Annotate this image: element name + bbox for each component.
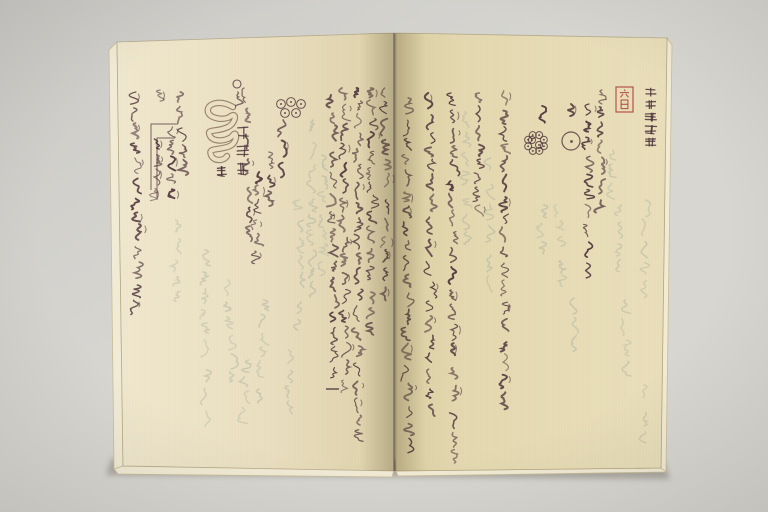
book-spread [0, 0, 768, 512]
photo-vignette [0, 0, 768, 512]
manuscript-photo: 戊辰十二月 六日 [0, 0, 768, 512]
